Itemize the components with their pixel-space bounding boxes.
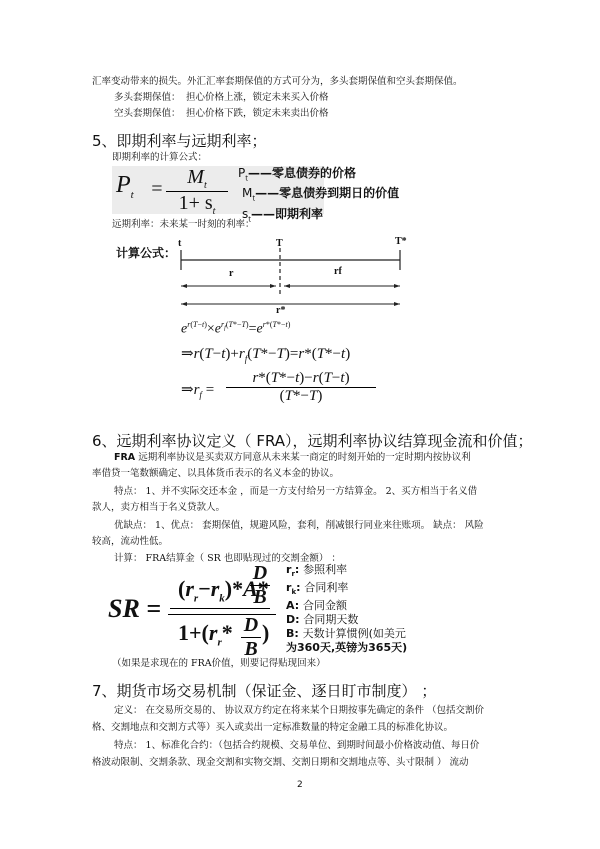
sr-legend-item: A: 合同金额 [286,599,407,613]
futures-features-line: 格波动限制、交割条款、现金交割和实物交割、交割日期和交割地点等、头寸限制 ） 流… [92,757,469,769]
spot-formula-legend: Pt——零息债券的价格 Mt——零息债券到期日的价值 st——即期利率 [238,166,399,227]
sr-num-frac: D B [250,562,270,609]
pros-cons-line: 较高，流动性低。 [92,536,168,548]
fra-def-line: 率借贷一笔数额确定、以具体货币表示的名义本金的协议。 [92,468,339,480]
pros-cons-line: 优缺点： 1、优点： 套期保值，规避风险，套利，削减银行同业来往账项。 缺点： … [114,520,484,532]
equation-2: ⇒r(T−t)+rf(T*−T)=r*(T*−t) [181,344,350,364]
sr-den-close: ) [262,620,269,646]
label-T: T [276,238,283,249]
long-hedge-label: 多头套期保值： [114,92,181,104]
fra-note: （如果是求现在的 FRA价值，则要记得贴现回来） [112,658,326,670]
sr-legend-item: rr: 参照利率 [286,563,407,581]
long-hedge-text: 担心价格上涨，锁定未来买入价格 [186,92,329,104]
short-hedge-text: 担心价格下跌，锁定未来卖出价格 [186,108,329,120]
sr-legend-item: rk: 合同利率 [286,581,407,599]
sr-legend-item: D: 合同期天数 [286,613,407,627]
sr-legend-item: 为360天,英镑为365天) [286,641,407,655]
sr-legend: rr: 参照利率 rk: 合同利率 A: 合同金额 D: 合同期天数 B: 天数… [286,563,407,655]
short-hedge-label: 空头套期保值： [114,108,181,120]
futures-features-line: 特点： 1、标准化合约：（包括合约规模、交易单位、到期时间最小价格波动值、每日价 [114,740,479,752]
spot-formula-lhs: Pt [116,172,134,201]
page-number: 2 [297,780,303,790]
sr-legend-item: B: 天数计算惯例(如美元 [286,627,407,641]
section-7-heading: 7、期货市场交易机制（保证金、逐日盯市制度） ； [92,680,436,701]
features-line: 特点： 1、并不实际交还本金 ，而是一方支付给另一方结算金。 2、买方相当于名义… [114,486,477,498]
equation-3-fraction: r*(T*−t)−r(T−t) (T*−T) [226,370,376,405]
forward-rate-label: 远期利率：未来某一时刻的利率： [112,219,255,231]
label-t: t [178,238,181,249]
label-rstar: r* [276,305,285,316]
fra-def-line: FRA 远期利率协议是买卖双方同意从未来某一商定的时刻开始的一定时期内按协议利 [114,452,471,464]
equation-3-lhs: ⇒rf = [181,380,214,400]
legend-pt: Pt——零息债券的价格 [238,166,399,186]
sr-den-frac: D B [241,614,261,661]
section-5-heading: 5、即期利率与远期利率； [92,130,267,151]
futures-def-line: 定义： 在交易所交易的、 协议双方约定在将来某个日期按事先确定的条件 （包括交割… [114,705,484,717]
equation-1: er(T−t)×erf(T*−T)=er*(T*−t) [181,320,290,338]
legend-mt: Mt——零息债券到期日的价值 [238,186,399,206]
spot-rate-label: 即期利率的计算公式： [112,152,207,164]
paragraph-line: 汇率变动带来的损失。外汇汇率套期保值的方式可分为，多头套期保值和空头套期保值。 [92,76,463,88]
sr-denominator: 1+(rr* [178,620,233,648]
futures-def-line: 格、交割地点和交割方式等）买入或卖出一定标准数量的特定金融工具的标准化协议。 [92,722,453,734]
spot-formula-eq: = [150,178,164,201]
section-6-heading: 6、远期利率协议定义（ FRA），远期利率协议结算现金流和价值； [92,430,533,451]
spot-formula-fraction: Mt 1+ st [166,166,228,217]
timeline-diagram [170,234,410,314]
features-line: 款人，卖方相当于名义贷款人。 [92,502,225,514]
legend-st: st——即期利率 [238,207,399,227]
sr-lhs: SR = [108,594,161,624]
label-rf: rf [334,266,342,277]
diagram-title: 计算公式： [116,244,176,261]
label-Tstar: T* [395,236,407,247]
label-r: r [229,268,233,279]
